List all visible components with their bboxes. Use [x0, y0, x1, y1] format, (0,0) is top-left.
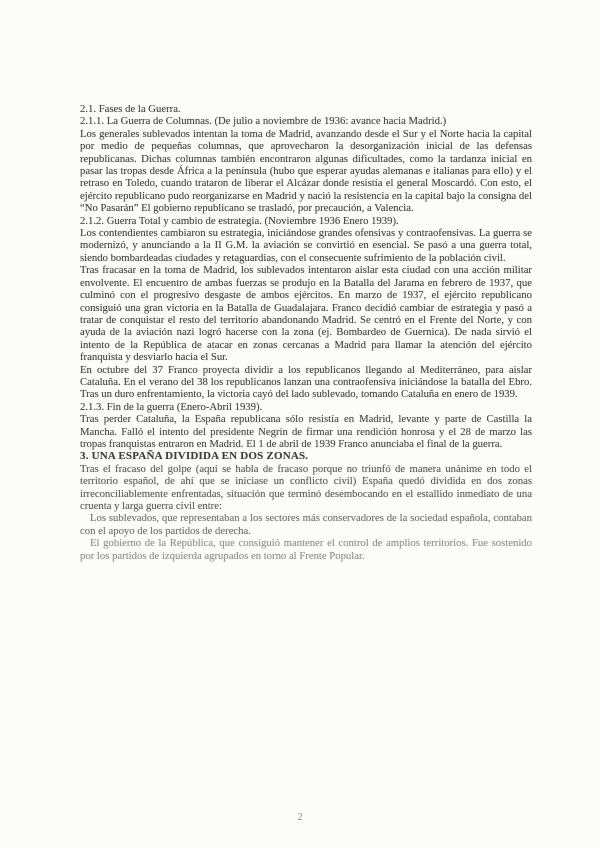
document-body: 2.1. Fases de la Guerra. 2.1.1. La Guerr…	[80, 103, 532, 562]
para-fin-de-la-guerra: Tras perder Cataluña, la España republic…	[80, 413, 532, 450]
heading-guerra-de-columnas: 2.1.1. La Guerra de Columnas. (De julio …	[80, 115, 532, 127]
para-guerra-de-columnas: Los generales sublevados intentan la tom…	[80, 128, 532, 215]
para-guerra-total: Los contendientes cambiaron su estrategi…	[80, 227, 532, 264]
scanned-document-page: 2.1. Fases de la Guerra. 2.1.1. La Guerr…	[0, 0, 600, 848]
heading-fases-de-la-guerra: 2.1. Fases de la Guerra.	[80, 103, 532, 115]
heading-guerra-total: 2.1.2. Guerra Total y cambio de estrateg…	[80, 215, 532, 227]
para-aislar-madrid: Tras fracasar en la toma de Madrid, los …	[80, 264, 532, 363]
scan-noise-speckles	[0, 0, 1, 1]
heading-espana-dividida: 3. UNA ESPAÑA DIVIDIDA EN DOS ZONAS.	[80, 450, 532, 462]
para-gobierno-republica: El gobierno de la República, que consigu…	[80, 537, 532, 562]
para-fracaso-del-golpe: Tras el fracaso del golpe (aquí se habla…	[80, 463, 532, 513]
page-number: 2	[0, 812, 600, 823]
para-octubre-del-37: En octubre del 37 Franco proyecta dividi…	[80, 364, 532, 401]
para-los-sublevados: Los sublevados, que representaban a los …	[80, 512, 532, 537]
heading-fin-de-la-guerra: 2.1.3. Fin de la guerra (Enero-Abril 193…	[80, 401, 532, 413]
